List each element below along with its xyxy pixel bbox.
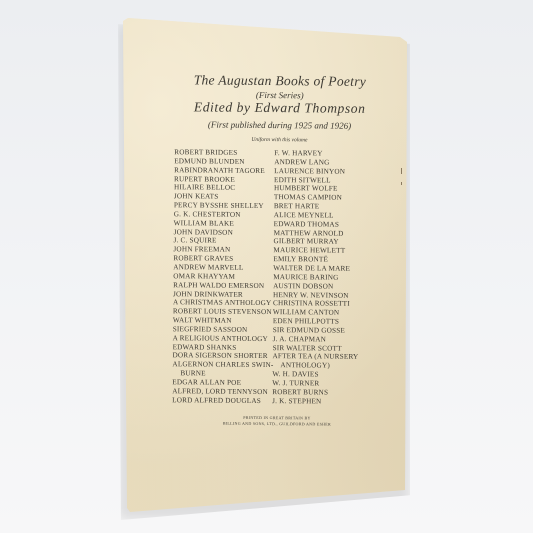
author-column-left: Robert BridgesEdmund BlundenRabindranath… — [172, 148, 274, 405]
author-entry: Edmund Blunden — [174, 157, 274, 167]
author-list: Robert BridgesEdmund BlundenRabindranath… — [172, 148, 389, 406]
author-entry: Andrew Lang — [274, 158, 374, 168]
printer-imprint: Printed in Great Britain by Billing and … — [167, 415, 387, 429]
series-title: The Augustan Books of Poetry — [170, 72, 390, 90]
uniform-label: Uniform with this volume — [169, 136, 389, 144]
author-entry: Rabindranath Tagore — [174, 166, 274, 176]
author-entry: J. A. Chapman — [273, 335, 373, 345]
editor-line: Edited by Edward Thompson — [170, 99, 390, 117]
author-column-right: F. W. HarveyAndrew LangLaurence BinyonEd… — [272, 149, 374, 406]
author-entry: Alfred, Lord Tennyson — [172, 387, 272, 397]
author-entry: Robert Burns — [272, 388, 372, 398]
page-edge-mark — [401, 168, 402, 174]
author-entry: A Religious Anthology — [173, 334, 273, 344]
author-entry: Laurence Binyon — [274, 167, 374, 177]
cover-text: The Augustan Books of Poetry (First Seri… — [147, 72, 390, 429]
author-entry: Lord Alfred Douglas — [172, 396, 272, 406]
page-edge-mark — [401, 182, 402, 185]
publication-note: (First published during 1925 and 1926) — [170, 119, 390, 131]
author-entry: Omar Khayyam — [173, 272, 273, 282]
author-entry: Edward Thomas — [274, 220, 374, 230]
author-entry: William Blake — [174, 219, 274, 229]
author-entry: Maurice Baring — [273, 273, 373, 283]
author-entry: J. K. Stephen — [272, 397, 372, 407]
author-entry: Ralph Waldo Emerson — [173, 281, 273, 291]
author-entry: Austin Dobson — [273, 282, 373, 292]
